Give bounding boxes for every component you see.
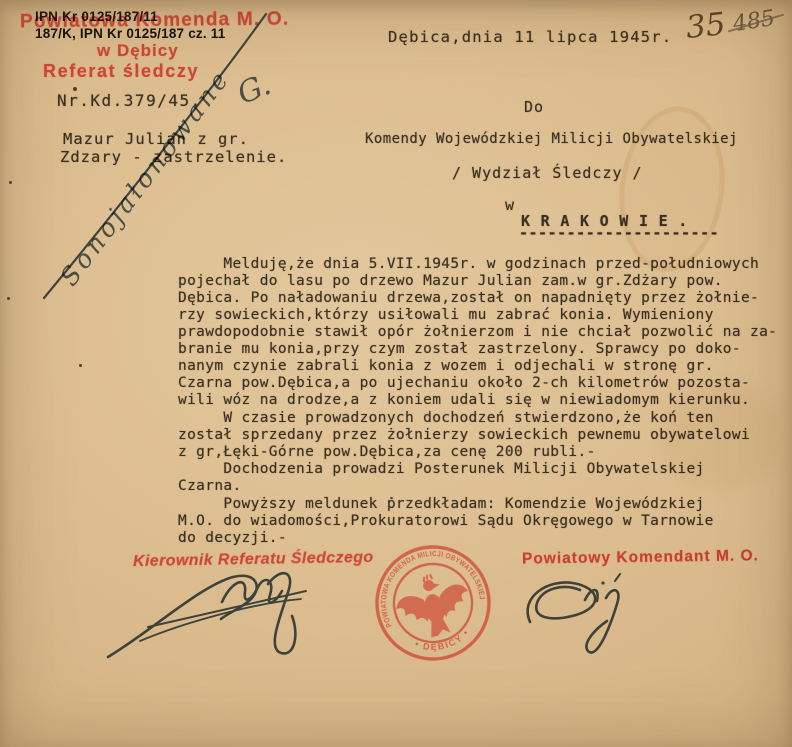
body-line: pojechał do lasu po drzewo Mazur Julian … <box>178 273 723 289</box>
body-line: Dębica. Po naładowaniu drzewa,został on … <box>178 290 759 306</box>
stamp-bottom-text: • DĘBICY • <box>412 626 474 658</box>
left-signature-title: Kierownik Referatu Śledczego <box>133 549 374 571</box>
body-line: Powyższy meldunek przedkładam: Komendzie… <box>178 496 705 512</box>
body-line: wili wóz na drodze,a z koniem udali się … <box>178 392 750 408</box>
handwritten-initial: G. <box>233 67 276 112</box>
body-line: nanym czynie zabrali konia z wozem i odj… <box>178 358 714 374</box>
recipient-to: Do <box>524 98 544 116</box>
body-line: do decyzji.- <box>178 530 287 546</box>
dateline: Dębica,dnia 11 lipca 1945r. <box>388 28 672 46</box>
paper-speck <box>9 181 12 184</box>
scanned-document-page: Powiatowa Komenda M. O. w Dębicy Referat… <box>0 0 792 747</box>
body-line: rzy sowieckich,którzy usiłowali mu zabra… <box>178 307 714 323</box>
recipient-line1: Komendy Wojewódzkiej Milicji Obywatelski… <box>365 131 738 147</box>
paper-speck <box>79 364 82 367</box>
office-stamp-line3: Referat śledczy <box>43 61 199 82</box>
right-signature <box>528 574 620 653</box>
body-line: Dochodzenia prowadzi Posterunek Milicji … <box>178 461 705 477</box>
left-signature <box>108 573 306 657</box>
body-line: prawdopodobnie stawił opór żołnierzom i … <box>178 324 777 340</box>
archival-label-line1: IPN Kr 0125/187/11 <box>35 9 158 24</box>
body-line: Melduję,że dnia 5.VII.1945r. w godzinach… <box>178 256 759 272</box>
body-line: z gr,Łęki-Górne pow.Dębica,za cenę 200 r… <box>178 444 596 460</box>
svg-text:• DĘBICY •: • DĘBICY • <box>412 626 474 658</box>
body-line: W czasie prowadzonych dochodzeń stwierdz… <box>178 410 714 426</box>
body-line: został sprzedany przez żołnierzy sowieck… <box>178 427 750 443</box>
ring-stain <box>610 100 733 277</box>
paper-speck <box>7 297 10 300</box>
round-official-stamp: POWIATOWA KOMENDA MILICJI OBYWATELSKIEJ … <box>342 512 524 694</box>
recipient-line2: / Wydział Śledczy / <box>452 164 643 182</box>
archival-label-line2: 187/K, IPN Kr 0125/187 cz. 11 <box>35 26 225 41</box>
body-line: Czarna. <box>178 478 242 494</box>
recipient-line3: w <box>505 196 514 214</box>
office-stamp-line2: w Dębicy <box>97 41 179 61</box>
body-line: branie mu konia,przy czym został zastrze… <box>178 341 741 357</box>
recipient-underline: --------------------- <box>519 224 719 242</box>
body-line: Czarna pow.Dębica,a po ujechaniu około 2… <box>178 375 750 391</box>
right-signature-title: Powiatowy Komendant M. O. <box>522 547 759 568</box>
page-number: 35 <box>684 6 727 46</box>
